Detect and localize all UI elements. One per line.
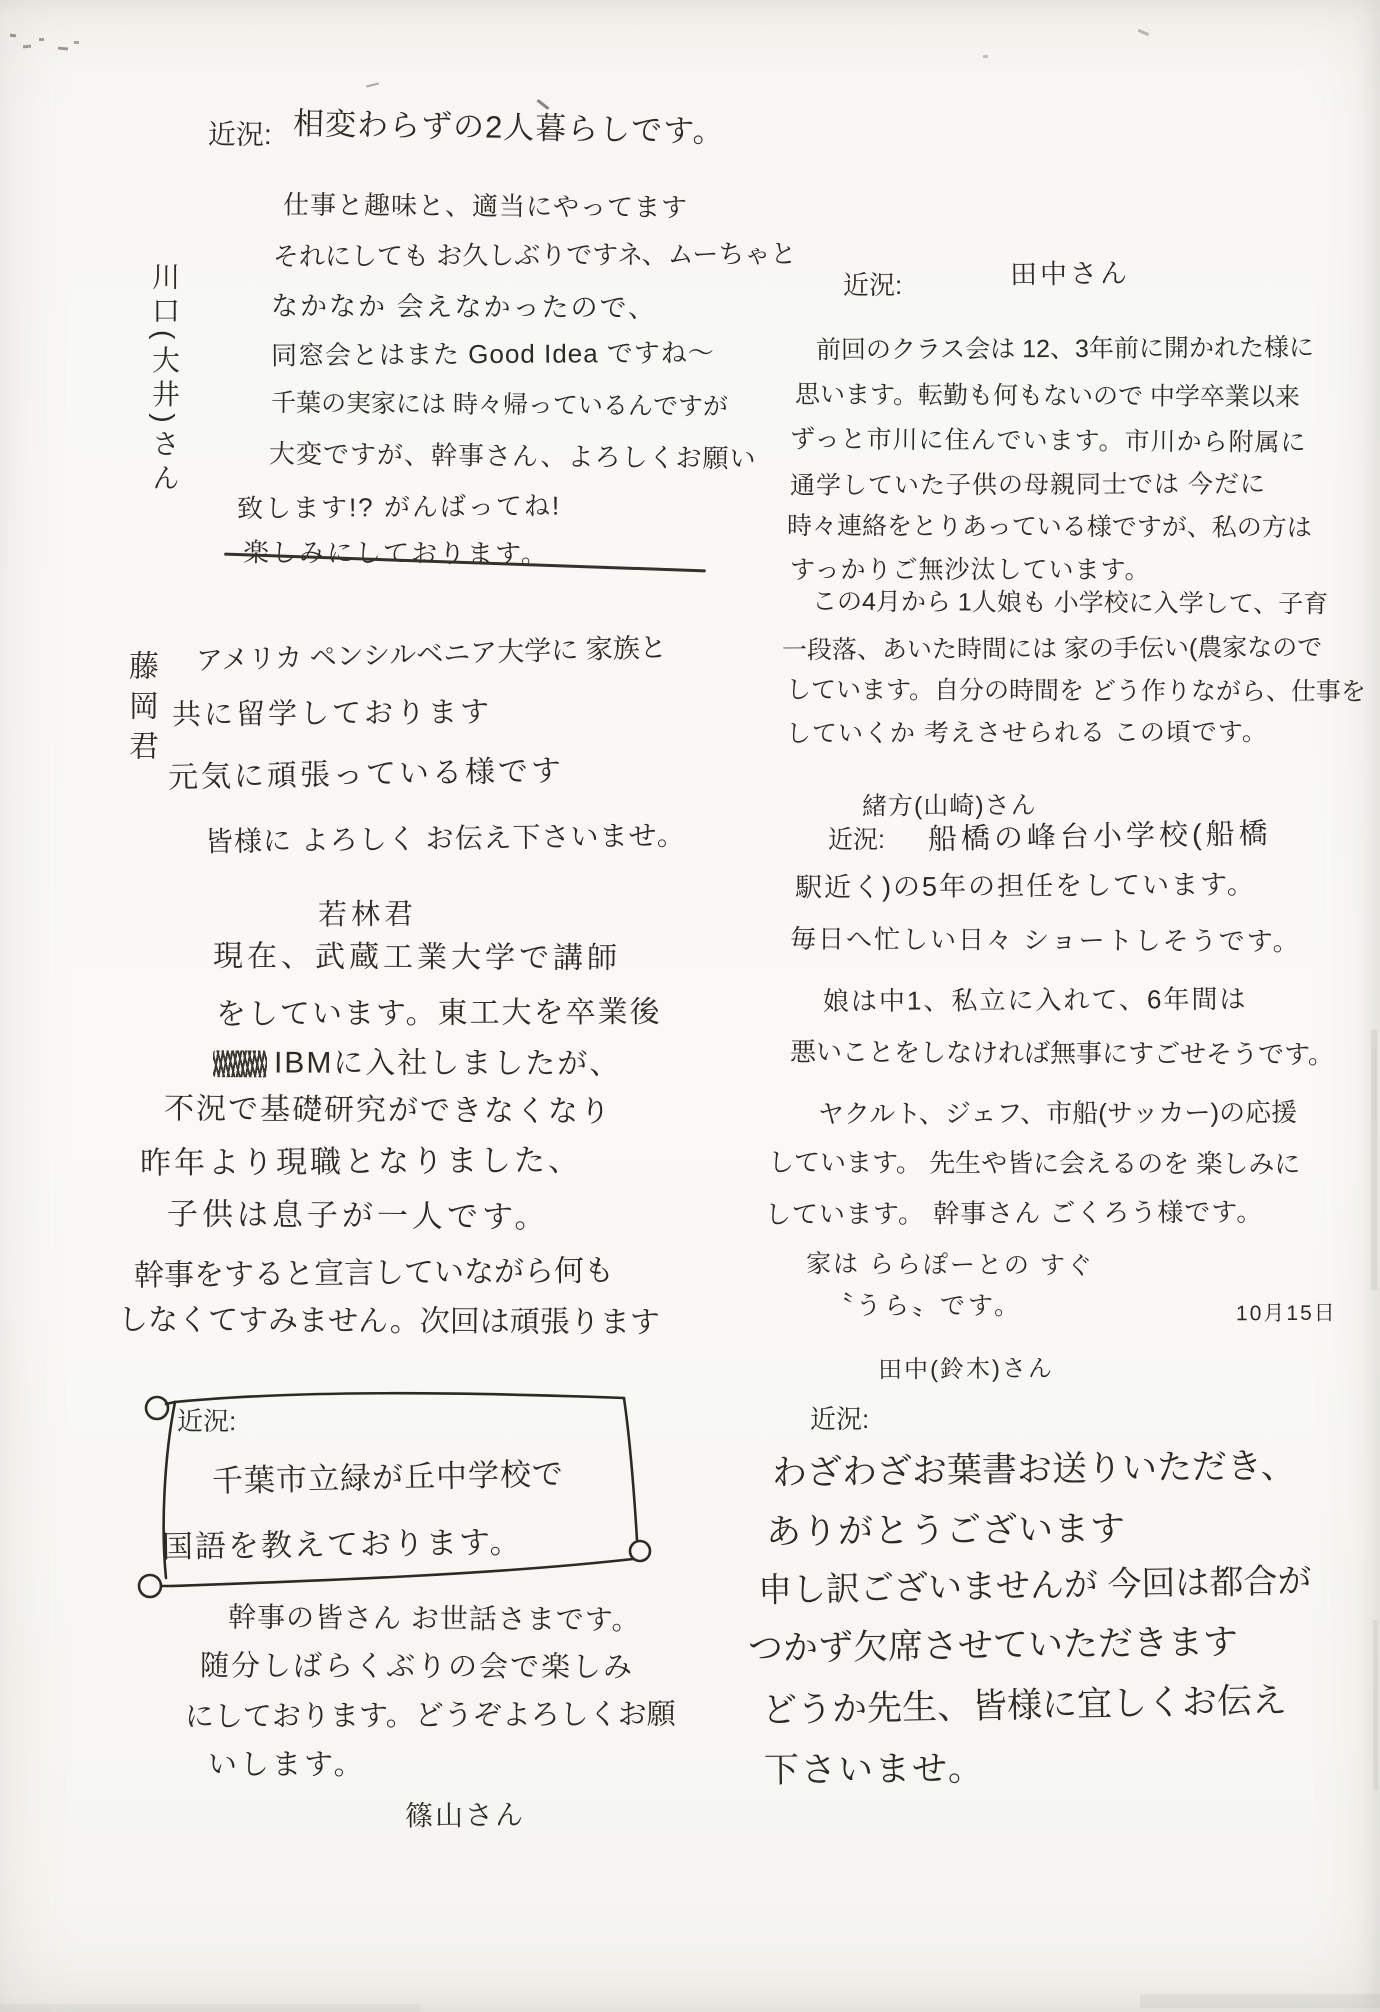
section-tanaka-suzuki: 田中(鈴木)さん 近況: わざわざお葉書お送りいただき、 ありがとうございます … [0, 0, 1380, 2012]
author-name: 田中(鈴木)さん [878, 1356, 1054, 1383]
note-line: 下さいませ。 [764, 1751, 985, 1790]
note-line: つかず欠席させていただきます [748, 1625, 1238, 1669]
status-label: 近況: [810, 1406, 869, 1433]
note-line: どうか先生、皆様に宜しくお伝え [762, 1683, 1288, 1730]
scanned-letter-page: 川口(大井)さん 近況: 相変わらずの2人暮らしです。 仕事と趣味と、適当にやっ… [0, 0, 1380, 2012]
note-line: ありがとうございます [766, 1511, 1126, 1551]
note-line: 申し訳ございませんが 今回は都合が [758, 1564, 1312, 1609]
note-line: わざわざお葉書お送りいただき、 [772, 1448, 1296, 1492]
